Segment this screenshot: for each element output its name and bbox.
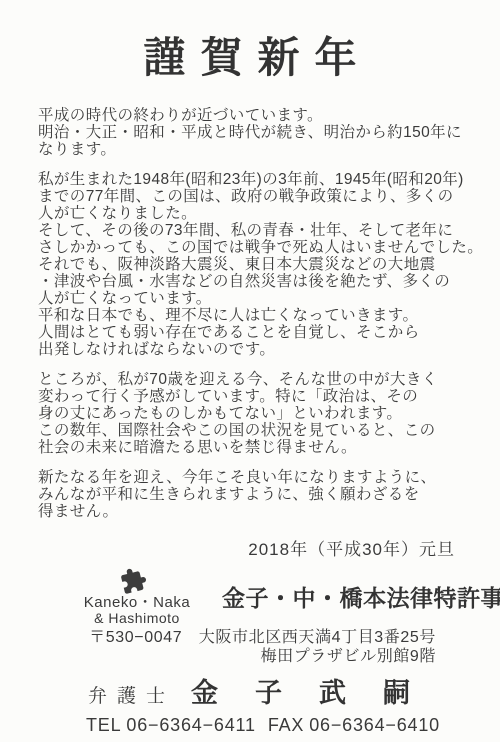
address-building-line: 梅田プラザビル別館9階 [0,647,436,666]
address-postal-line: 〒530−0047 大阪市北区西天満4丁目3番25号 [0,628,436,647]
body-paragraph: 新たなる年を迎え、今年こそ良い年になりますように、 みんなが平和に生きられますよ… [38,469,480,520]
card-title: 謹賀新年 [0,36,500,80]
firm-name: 金子・中・橋本法律特許事務所 [222,580,500,613]
text-line: 人間はとても弱い存在であることを自覚し、そこから [38,324,480,341]
card-body: 平成の時代の終わりが近づいています。 明治・大正・昭和・平成と時代が続き、明治か… [0,107,500,520]
text-line: この数年、国際社会やこの国の状況を見ていると、この [38,422,480,439]
lawyer-name: 金子武嗣 [191,671,447,710]
tel-number: 06−6364−6411 [126,715,255,735]
text-line: ・津波や台風・水害などの自然災害は後を絶たず、多くの [38,273,480,290]
lawyer-title: 弁護士 [88,681,175,708]
tel-label: TEL [86,715,121,735]
greeting-card: 謹賀新年 平成の時代の終わりが近づいています。 明治・大正・昭和・平成と時代が続… [0,0,500,742]
text-line: さしかかっても、この国では戦争で死ぬ人はいませんでした。 [38,239,480,256]
fax-number: 06−6364−6410 [309,715,440,735]
text-line: 明治・大正・昭和・平成と時代が続き、明治から約150年に [38,124,480,141]
logo-text-line1: Kaneko・Naka [62,595,212,611]
text-line: 人が亡くなりました。 [38,205,480,222]
footer-top-row: Kaneko・Naka & Hashimoto 金子・中・橋本法律特許事務所 [0,567,500,625]
text-line: それでも、阪神淡路大震災、東日本大震災などの大地震 [38,256,480,273]
text-line: みんなが平和に生きられますように、強く願わざるを [38,486,480,503]
date-line: 2018年（平成30年）元旦 [0,535,500,560]
text-line: 人が亡くなっています。 [38,290,480,307]
text-line: なります。 [38,141,480,158]
body-paragraph: ところが、私が70歳を迎える今、そんな世の中が大きく 変わって行く予感がしていま… [38,371,480,456]
lawyer-line: 弁護士 金子武嗣 [0,671,500,710]
text-line: 私が生まれた1948年(昭和23年)の3年前、1945年(昭和20年) [38,171,480,188]
logo-text-line2: & Hashimoto [62,611,212,626]
text-line: 社会の未来に暗澹たる思いを禁じ得ません。 [38,439,480,456]
text-line: 変わって行く予感がしています。特に「政治は、その [38,388,480,405]
contact-line: TEL06−6364−6411FAX06−6364−6410 [0,715,500,736]
text-line: までの77年間、この国は、政府の戦争政策により、多くの [38,188,480,205]
body-paragraph: 私が生まれた1948年(昭和23年)の3年前、1945年(昭和20年) までの7… [38,171,480,358]
text-line: そして、その後の73年間、私の青春・壮年、そして老年に [38,222,480,239]
puzzle-piece-icon [120,567,147,594]
text-line: 身の丈にあったものしかもてない」といわれます。 [38,405,480,422]
footer: Kaneko・Naka & Hashimoto 金子・中・橋本法律特許事務所 〒… [0,567,500,735]
fax-label: FAX [268,715,304,735]
text-line: 新たなる年を迎え、今年こそ良い年になりますように、 [38,469,480,486]
address-block: 〒530−0047 大阪市北区西天満4丁目3番25号 梅田プラザビル別館9階 [0,628,500,666]
text-line: 出発しなければならないのです。 [38,341,480,358]
text-line: ところが、私が70歳を迎える今、そんな世の中が大きく [38,371,480,388]
text-line: 得ません。 [38,503,480,520]
text-line: 平和な日本でも、理不尽に人は亡くなっていきます。 [38,307,480,324]
text-line: 平成の時代の終わりが近づいています。 [38,107,480,124]
firm-logo: Kaneko・Naka & Hashimoto [62,567,212,625]
body-paragraph: 平成の時代の終わりが近づいています。 明治・大正・昭和・平成と時代が続き、明治か… [38,107,480,158]
